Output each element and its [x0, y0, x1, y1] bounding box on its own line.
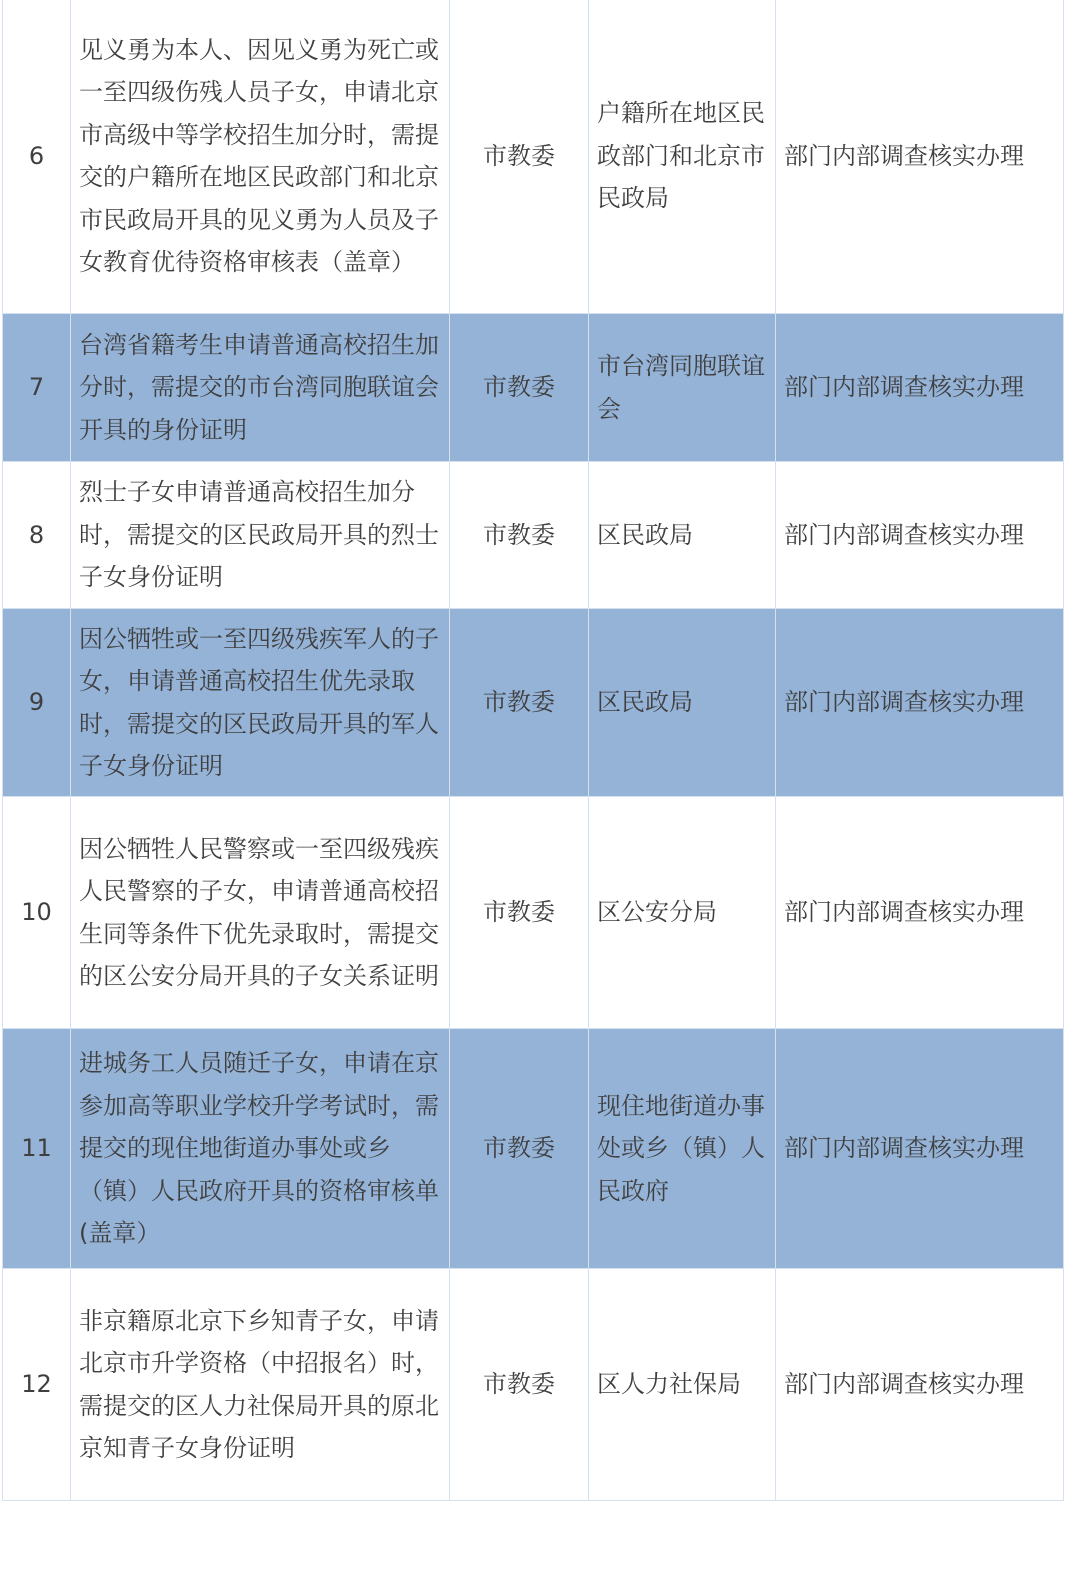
table-row: 11 进城务工人员随迁子女，申请在京参加高等职业学校升学考试时，需提交的现住地街… — [3, 1029, 1064, 1269]
table-row: 10 因公牺牲人民警察或一至四级残疾人民警察的子女，申请普通高校招生同等条件下优… — [3, 797, 1064, 1029]
certificate-description: 进城务工人员随迁子女，申请在京参加高等职业学校升学考试时，需提交的现住地街道办事… — [71, 1029, 450, 1269]
row-number: 10 — [3, 797, 71, 1029]
certificate-description: 因公牺牲或一至四级残疾军人的子女，申请普通高校招生优先录取时，需提交的区民政局开… — [71, 609, 450, 797]
issuing-authority: 区民政局 — [589, 462, 776, 609]
row-number: 11 — [3, 1029, 71, 1269]
verification-method: 部门内部调查核实办理 — [776, 462, 1064, 609]
table-row: 12 非京籍原北京下乡知青子女，申请北京市升学资格（中招报名）时，需提交的区人力… — [3, 1269, 1064, 1501]
responsible-department: 市教委 — [450, 797, 589, 1029]
issuing-authority: 市台湾同胞联谊会 — [589, 314, 776, 462]
row-number: 8 — [3, 462, 71, 609]
certificate-description: 因公牺牲人民警察或一至四级残疾人民警察的子女，申请普通高校招生同等条件下优先录取… — [71, 797, 450, 1029]
responsible-department: 市教委 — [450, 1029, 589, 1269]
row-number: 7 — [3, 314, 71, 462]
verification-method: 部门内部调查核实办理 — [776, 0, 1064, 314]
responsible-department: 市教委 — [450, 609, 589, 797]
responsible-department: 市教委 — [450, 462, 589, 609]
issuing-authority: 户籍所在地区民政部门和北京市民政局 — [589, 0, 776, 314]
responsible-department: 市教委 — [450, 0, 589, 314]
row-number: 9 — [3, 609, 71, 797]
verification-method: 部门内部调查核实办理 — [776, 797, 1064, 1029]
responsible-department: 市教委 — [450, 1269, 589, 1501]
table-row: 6 见义勇为本人、因见义勇为死亡或一至四级伤残人员子女，申请北京市高级中等学校招… — [3, 0, 1064, 314]
table-row: 9 因公牺牲或一至四级残疾军人的子女，申请普通高校招生优先录取时，需提交的区民政… — [3, 609, 1064, 797]
certificate-description: 非京籍原北京下乡知青子女，申请北京市升学资格（中招报名）时，需提交的区人力社保局… — [71, 1269, 450, 1501]
issuing-authority: 现住地街道办事处或乡（镇）人民政府 — [589, 1029, 776, 1269]
row-number: 12 — [3, 1269, 71, 1501]
issuing-authority: 区公安分局 — [589, 797, 776, 1029]
certificate-description: 台湾省籍考生申请普通高校招生加分时，需提交的市台湾同胞联谊会开具的身份证明 — [71, 314, 450, 462]
certificate-table: 6 见义勇为本人、因见义勇为死亡或一至四级伤残人员子女，申请北京市高级中等学校招… — [2, 0, 1064, 1501]
table-row: 8 烈士子女申请普通高校招生加分时，需提交的区民政局开具的烈士子女身份证明 市教… — [3, 462, 1064, 609]
verification-method: 部门内部调查核实办理 — [776, 1269, 1064, 1501]
certificate-description: 见义勇为本人、因见义勇为死亡或一至四级伤残人员子女，申请北京市高级中等学校招生加… — [71, 0, 450, 314]
issuing-authority: 区民政局 — [589, 609, 776, 797]
verification-method: 部门内部调查核实办理 — [776, 1029, 1064, 1269]
responsible-department: 市教委 — [450, 314, 589, 462]
table-row: 7 台湾省籍考生申请普通高校招生加分时，需提交的市台湾同胞联谊会开具的身份证明 … — [3, 314, 1064, 462]
row-number: 6 — [3, 0, 71, 314]
certificate-description: 烈士子女申请普通高校招生加分时，需提交的区民政局开具的烈士子女身份证明 — [71, 462, 450, 609]
issuing-authority: 区人力社保局 — [589, 1269, 776, 1501]
verification-method: 部门内部调查核实办理 — [776, 609, 1064, 797]
verification-method: 部门内部调查核实办理 — [776, 314, 1064, 462]
